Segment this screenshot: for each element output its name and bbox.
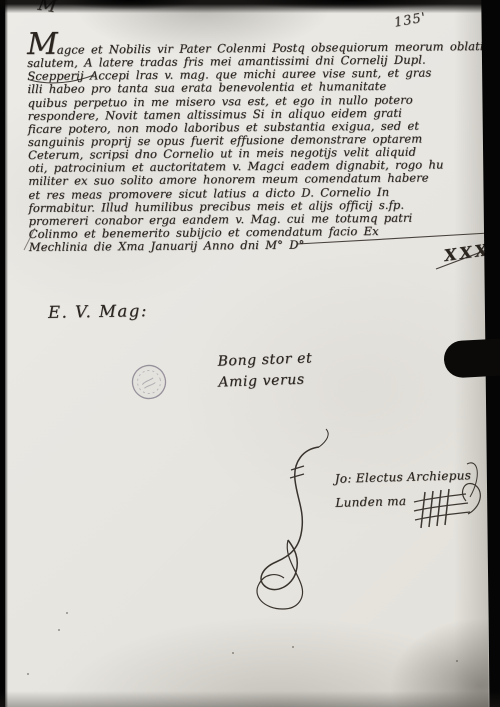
ink-speck: [456, 660, 458, 662]
ink-speck: [66, 612, 68, 614]
closing-line: Amig verus: [218, 369, 313, 393]
clip-wedge-shadow: [443, 338, 500, 378]
ink-speck: [58, 629, 60, 631]
ink-speck: [292, 646, 294, 648]
valediction: E. V. Mag:: [48, 301, 148, 322]
ink-speck: [232, 652, 234, 654]
scan-edge-top: [0, 0, 500, 14]
signature-block: Jo: Electus Archiepus Lunden ma: [334, 463, 472, 515]
manuscript-scan: M 135' Magce et Nobilis vir Pater Colenm…: [0, 0, 500, 707]
closing-formula: Bong stor et Amig verus: [217, 348, 313, 393]
scan-edge-bottom: [0, 691, 500, 707]
letter-body: Magce et Nobilis vir Pater Colenmi Postq…: [27, 40, 491, 254]
signature-line: Jo: Electus Archiepus: [334, 463, 471, 491]
ink-speck: [27, 673, 29, 675]
signature-line: Lunden ma: [335, 487, 472, 515]
scan-edge-left: [0, 0, 8, 707]
